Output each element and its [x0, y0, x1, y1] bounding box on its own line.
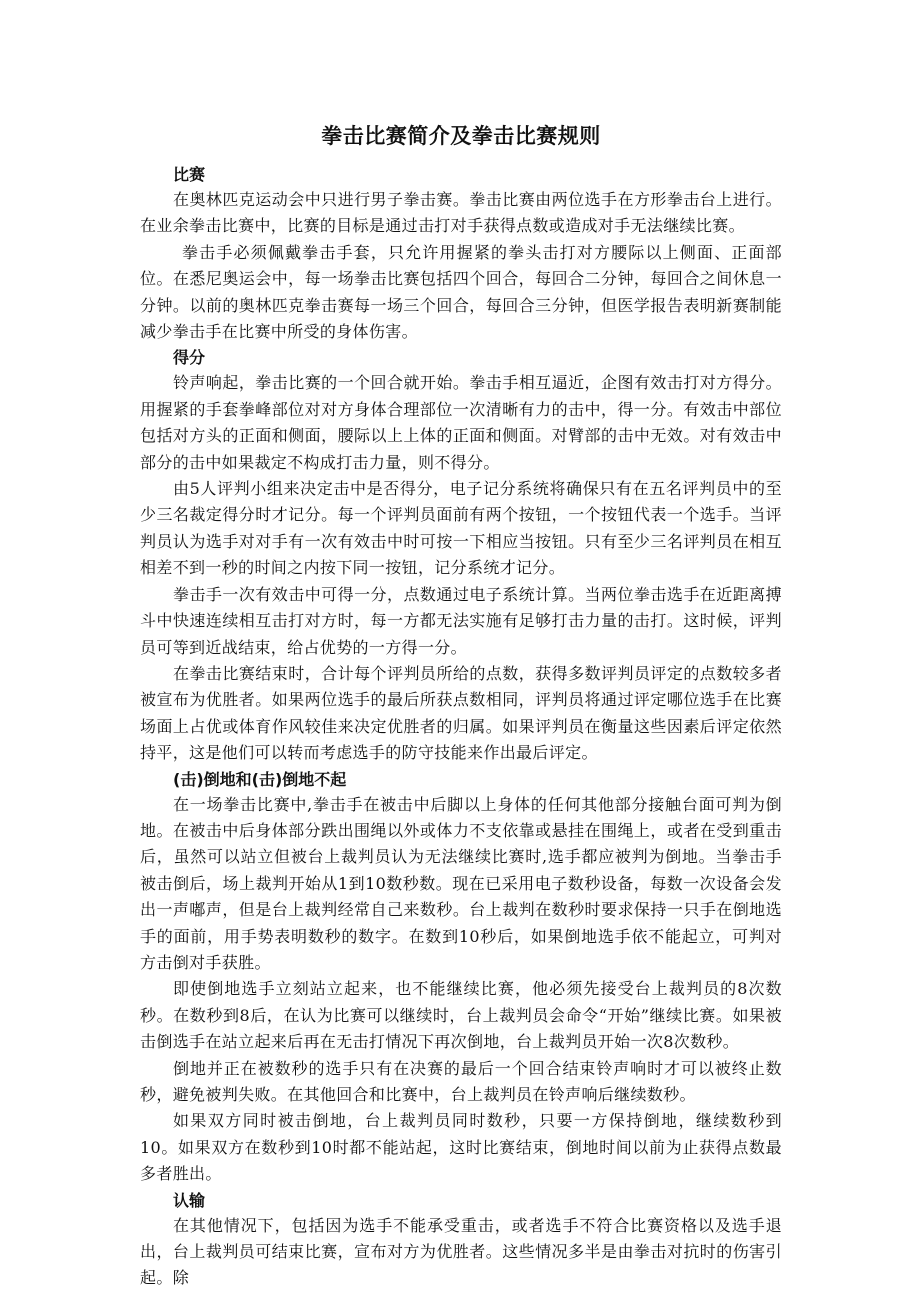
document-page: 拳击比赛简介及拳击比赛规则 比赛 在奥林匹克运动会中只进行男子拳击赛。拳击比赛由… — [140, 118, 782, 1292]
paragraph: 拳击手一次有效击中可得一分，点数通过电子系统计算。当两位拳击选手在近距离搏斗中快… — [140, 582, 782, 661]
paragraph: 由5人评判小组来决定击中是否得分，电子记分系统将确保只有在五名评判员中的至少三名… — [140, 476, 782, 582]
paragraph: 在拳击比赛结束时，合计每个评判员所给的点数，获得多数评判员评定的点数较多者被宣布… — [140, 661, 782, 767]
paragraph: 在一场拳击比赛中,拳击手在被击中后脚以上身体的任何其他部分接触台面可判为倒地。在… — [140, 792, 782, 977]
paragraph: 拳击手必须佩戴拳击手套，只允许用握紧的拳头击打对方腰际以上侧面、正面部位。在悉尼… — [140, 240, 782, 346]
section-scoring: 得分 铃声响起，拳击比赛的一个回合就开始。拳击手相互逼近，企图有效击打对方得分。… — [140, 345, 782, 766]
section-heading-concede: 认输 — [140, 1188, 782, 1213]
section-heading-knockdown: (击)倒地和(击)倒地不起 — [140, 767, 782, 792]
paragraph: 在其他情况下，包括因为选手不能承受重击，或者选手不符合比赛资格以及选手退出，台上… — [140, 1213, 782, 1292]
section-concede: 认输 在其他情况下，包括因为选手不能承受重击，或者选手不符合比赛资格以及选手退出… — [140, 1188, 782, 1292]
paragraph: 如果双方同时被击倒地，台上裁判员同时数秒，只要一方保持倒地，继续数秒到10。如果… — [140, 1108, 782, 1187]
paragraph: 即使倒地选手立刻站立起来，也不能继续比赛，他必须先接受台上裁判员的8次数秒。在数… — [140, 976, 782, 1055]
section-knockdown: (击)倒地和(击)倒地不起 在一场拳击比赛中,拳击手在被击中后脚以上身体的任何其… — [140, 767, 782, 1188]
document-title: 拳击比赛简介及拳击比赛规则 — [140, 118, 782, 154]
paragraph: 铃声响起，拳击比赛的一个回合就开始。拳击手相互逼近，企图有效击打对方得分。用握紧… — [140, 370, 782, 476]
paragraph: 在奥林匹克运动会中只进行男子拳击赛。拳击比赛由两位选手在方形拳击台上进行。在业余… — [140, 187, 782, 240]
section-heading-scoring: 得分 — [140, 345, 782, 370]
section-match: 比赛 在奥林匹克运动会中只进行男子拳击赛。拳击比赛由两位选手在方形拳击台上进行。… — [140, 162, 782, 345]
paragraph: 倒地并正在被数秒的选手只有在决赛的最后一个回合结束铃声响时才可以被终止数秒，避免… — [140, 1056, 782, 1109]
section-heading-match: 比赛 — [140, 162, 782, 187]
